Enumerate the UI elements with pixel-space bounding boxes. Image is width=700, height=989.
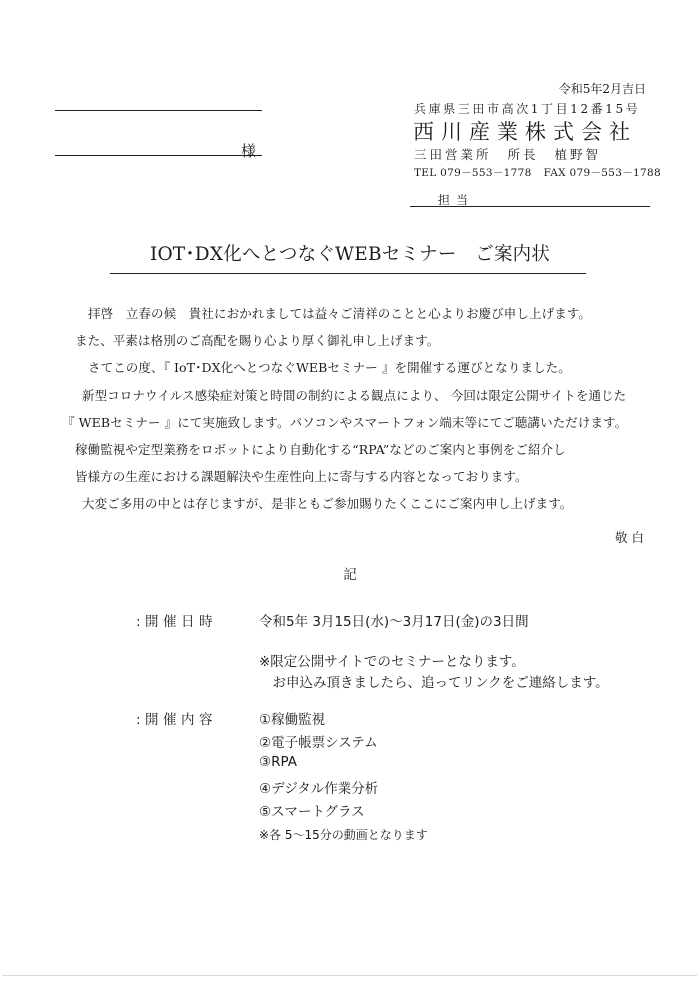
tel-number: TEL 079－553－1778 — [414, 167, 532, 179]
recipient-honorific: 様 — [241, 140, 256, 161]
content-item-2: ②電子帳票システム — [259, 731, 378, 751]
content-item-4: ④デジタル作業分析 — [259, 777, 378, 797]
contents-label: :開催内容 — [136, 708, 217, 728]
body-line-announcement: さてこの度、『 IoT･DX化へとつなぐWEBセミナー 』を開催する運びとなりま… — [88, 358, 571, 376]
document-title: IOT･DX化へとつなぐWEBセミナー ご案内状 — [0, 240, 700, 266]
closing-keihaku: 敬白 — [615, 528, 648, 546]
sender-person: 植野智 — [555, 147, 602, 162]
body-line-invitation: 大変ご多用の中とは存じますが、是非ともご参加賜りたくここにご案内申し上げます。 — [82, 494, 572, 512]
contents-note: ※各 5～15分の動画となります — [259, 826, 428, 843]
sender-office: 三田営業所所長植野智 — [414, 145, 601, 163]
body-line-purpose: 皆様方の生産における課題解決や生産性向上に寄与する内容となっております。 — [75, 467, 528, 485]
schedule-note-1: ※限定公開サイトでのセミナーとなります。 — [259, 650, 525, 670]
sender-contact-numbers: TEL 079－553－1778FAX 079－553－1788 — [414, 165, 661, 180]
office-name: 三田営業所 — [414, 147, 492, 162]
ki-heading: 記 — [0, 563, 700, 583]
content-item-3: ③RPA — [259, 754, 297, 770]
title-underline — [110, 273, 586, 274]
schedule-value: 令和5年 3月15日(水)～3月17日(金)の3日間 — [259, 610, 529, 630]
sender-address: 兵庫県三田市高次1丁目12番15号 — [414, 100, 640, 117]
issue-date: 令和5年2月吉日 — [559, 80, 646, 97]
sender-position: 所長 — [508, 147, 539, 162]
body-line-format: 『 WEBセミナー 』にて実施致します。パソコンやスマートフォン端末等にてご聴講… — [62, 413, 627, 431]
sender-company: 西川産業株式会社 — [413, 116, 637, 146]
body-line-thanks: また、平素は格別のご高配を賜り心より厚く御礼申し上げます。 — [75, 331, 439, 349]
content-item-1: ①稼働監視 — [259, 708, 325, 728]
content-item-5: ⑤スマートグラス — [259, 800, 365, 820]
recipient-name-line — [55, 155, 262, 156]
schedule-note-2: お申込み頂きましたら、追ってリンクをご連絡します。 — [259, 671, 609, 691]
fax-number: FAX 079－553－1788 — [544, 167, 661, 179]
body-line-topics: 稼働監視や定型業務をロボットにより自動化する“RPA”などのご案内と事例をご紹介… — [75, 440, 566, 458]
contact-person-line — [410, 206, 650, 207]
body-line-reason: 新型コロナウイルス感染症対策と時間の制約による観点により、 今回は限定公開サイト… — [82, 386, 626, 404]
recipient-company-line — [55, 110, 262, 111]
schedule-label: :開催日時 — [136, 610, 217, 630]
scan-edge-line — [2, 975, 697, 976]
body-line-greeting: 拝啓 立春の候 貴社におかれましては益々ご清祥のことと心よりお慶び申し上げます。 — [88, 304, 591, 322]
